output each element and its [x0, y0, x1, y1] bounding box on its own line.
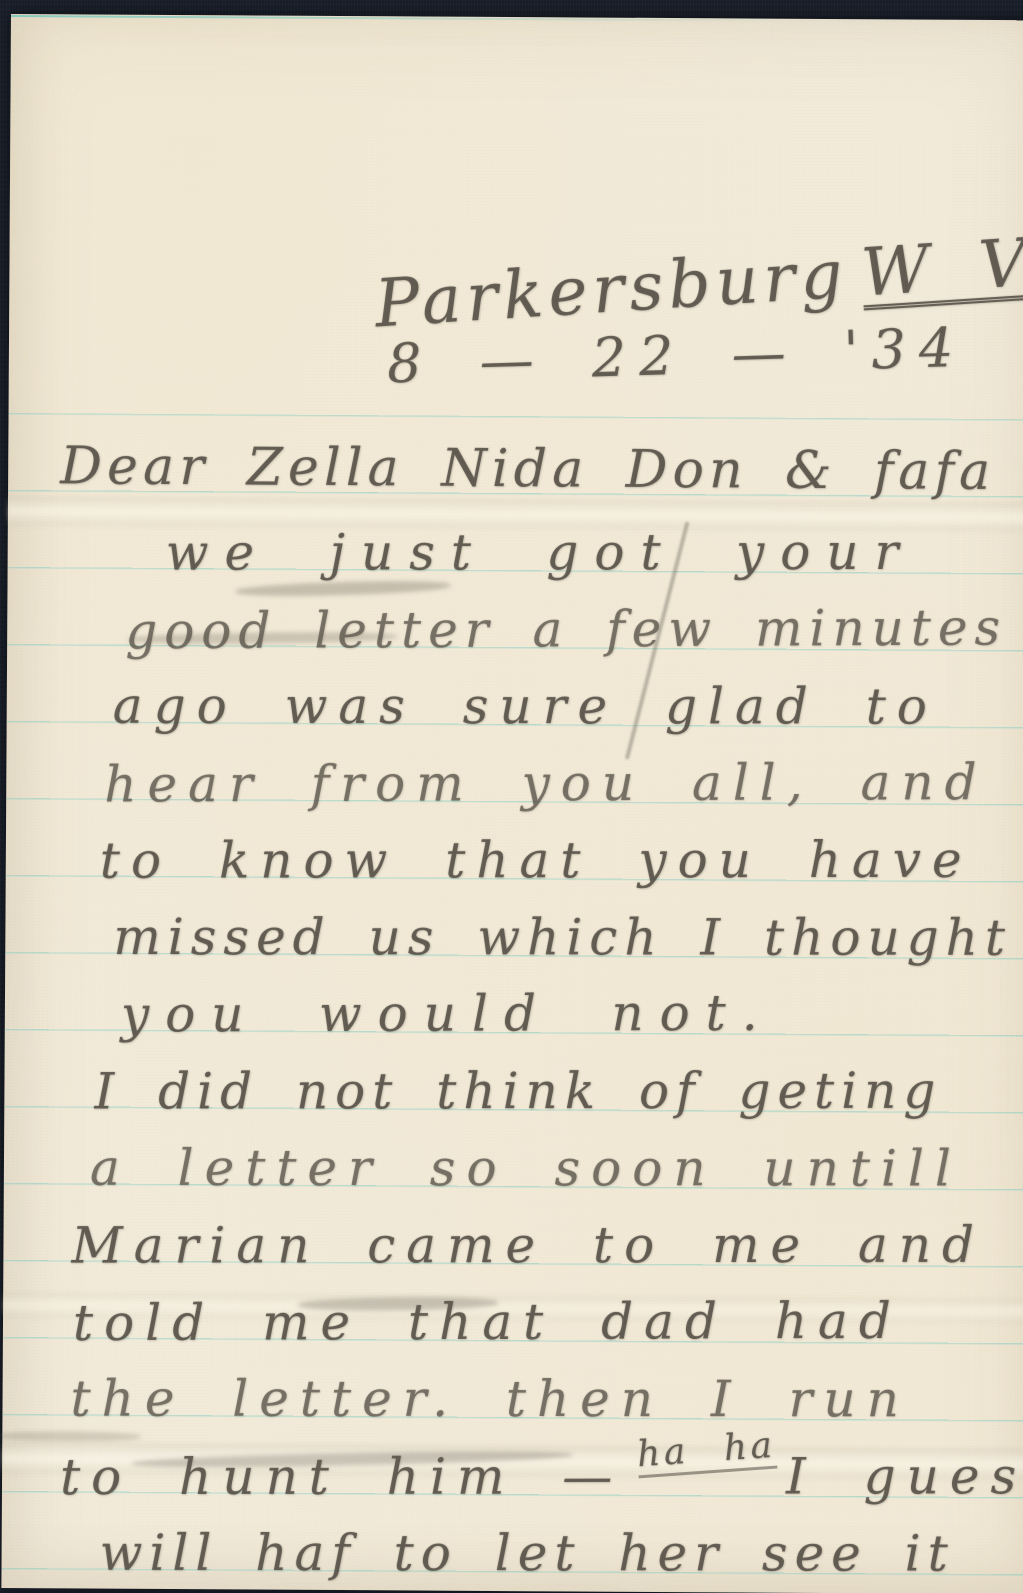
letter-line: a letter so soon untill: [90, 1141, 962, 1197]
letter-line: you would not.: [121, 986, 774, 1043]
letter-paper: ParkersburgW Va 8 — 22 — '34 Dear Zella …: [1, 14, 1023, 1593]
letter-line: ago was sure glad to: [113, 679, 938, 735]
pencil-smudge: [0, 1431, 141, 1442]
letter-line: missed us which I thought: [113, 910, 1012, 966]
greeting-line: Dear Zella Nida Don & fafa: [60, 438, 995, 501]
letter-line-text: I guess: [786, 1447, 1023, 1505]
letter-line: good letter a few minutes: [125, 600, 1007, 659]
letter-line: to know that you have: [100, 833, 973, 889]
heading-region: W Va: [859, 221, 1023, 311]
photo-background: ParkersburgW Va 8 — 22 — '34 Dear Zella …: [0, 0, 1023, 1593]
letter-line: the letter. then I run: [71, 1372, 910, 1428]
heading-date: 8 — 22 — '34: [386, 318, 967, 394]
inserted-ha-ha: ha ha: [636, 1426, 777, 1478]
letter-line: Marian came to me and: [71, 1218, 985, 1274]
letter-line: we just got your: [166, 525, 915, 581]
letter-line: I did not think of geting: [94, 1064, 942, 1120]
letter-line: hear from you all, and: [104, 755, 987, 812]
letter-line: will haf to let her see it: [100, 1526, 955, 1582]
top-edge-rule: [11, 15, 1023, 23]
